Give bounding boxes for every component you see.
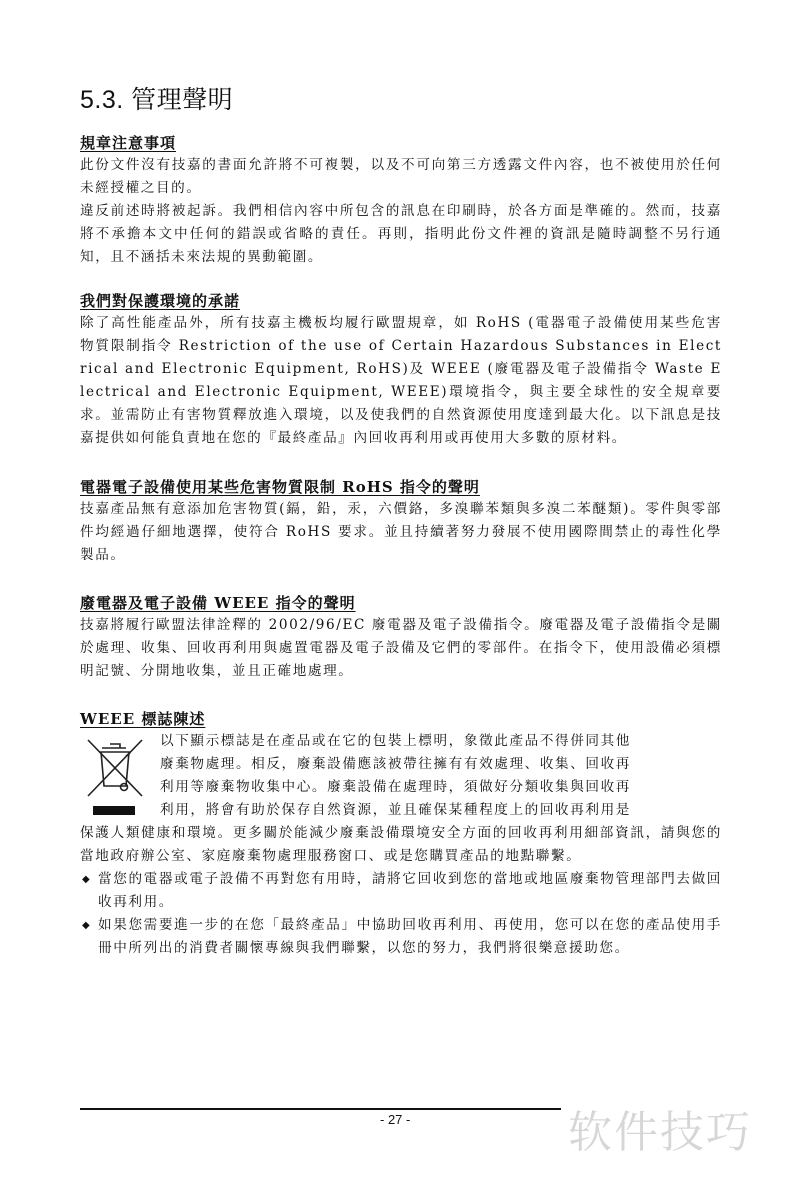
list-item-text: 當您的電器或電子設備不再對您有用時，請將它回收到您的當地或地區廢棄物管理部門去做… [98,871,722,910]
list-item-text: 如果您需要進一步的在您「最終產品」中協助回收再利用、再使用，您可以在您的產品使用… [98,917,722,956]
paragraph: 技嘉將履行歐盟法律詮釋的 2002/96/EC 廢電器及電子設備指令。廢電器及電… [80,614,722,683]
section-heading: WEEE 標誌陳述 [80,708,205,730]
watermark: 软件技巧 [568,1096,752,1160]
weee-lead-line: 利用等廢棄物收集中心。廢棄設備在處理時，須做好分類收集與回收再 [80,776,722,799]
weee-symbol-block: 以下顯示標誌是在產品或在它的包裝上標明，象徵此產品不得併同其他 廢棄物處理。相反… [80,730,722,822]
paragraph: 違反前述時將被起訴。我們相信內容中所包含的訊息在印刷時，於各方面是準確的。然而，… [80,200,722,269]
page-title: 5.3. 管理聲明 [80,80,233,116]
footer-divider [80,1108,561,1110]
diamond-bullet-icon: ◆ [82,868,91,891]
section-environment-commitment: 我們對保護環境的承諾 除了高性能產品外，所有技嘉主機板均履行歐盟規章，如 RoH… [80,290,722,450]
paragraph: 除了高性能產品外，所有技嘉主機板均履行歐盟規章，如 RoHS (電器電子設備使用… [80,312,722,450]
section-heading: 廢電器及電子設備 WEEE 指令的聲明 [80,592,356,614]
section-heading: 電器電子設備使用某些危害物質限制 RoHS 指令的聲明 [80,476,480,498]
crossed-out-wheelie-bin-icon [80,732,150,822]
diamond-bullet-icon: ◆ [82,914,91,937]
weee-lead-line: 以下顯示標誌是在產品或在它的包裝上標明，象徵此產品不得併同其他 [80,730,722,753]
section-weee-directive: 廢電器及電子設備 WEEE 指令的聲明 技嘉將履行歐盟法律詮釋的 2002/96… [80,592,722,683]
paragraph: 保護人類健康和環境。更多關於能減少廢棄設備環境安全方面的回收再利用細部資訊，請與… [80,822,722,868]
section-rohs-statement: 電器電子設備使用某些危害物質限制 RoHS 指令的聲明 技嘉產品無有意添加危害物… [80,476,722,567]
paragraph: 技嘉產品無有意添加危害物質(鎘，鉛，汞，六價鉻，多溴聯苯類與多溴二苯醚類)。零件… [80,498,722,567]
weee-lead-line: 利用，將會有助於保存自然資源，並且確保某種程度上的回收再利用是 [80,799,722,822]
bullet-list: ◆ 當您的電器或電子設備不再對您有用時，請將它回收到您的當地或地區廢棄物管理部門… [80,868,722,960]
page-number: - 27 - [380,1112,410,1127]
list-item: ◆ 當您的電器或電子設備不再對您有用時，請將它回收到您的當地或地區廢棄物管理部門… [80,868,722,914]
section-heading: 規章注意事項 [80,132,176,154]
section-weee-symbol: WEEE 標誌陳述 以下顯示標誌是在產品或在它的包裝上標明，象徵此產品不得併同其… [80,708,722,960]
list-item: ◆ 如果您需要進一步的在您「最終產品」中協助回收再利用、再使用，您可以在您的產品… [80,914,722,960]
section-regulatory-notice: 規章注意事項 此份文件沒有技嘉的書面允許將不可複製，以及不可向第三方透露文件內容… [80,132,722,269]
section-heading: 我們對保護環境的承諾 [80,290,240,312]
paragraph: 此份文件沒有技嘉的書面允許將不可複製，以及不可向第三方透露文件內容，也不被使用於… [80,154,722,200]
weee-lead-line: 廢棄物處理。相反，廢棄設備應該被帶往擁有有效處理、收集、回收再 [80,753,722,776]
